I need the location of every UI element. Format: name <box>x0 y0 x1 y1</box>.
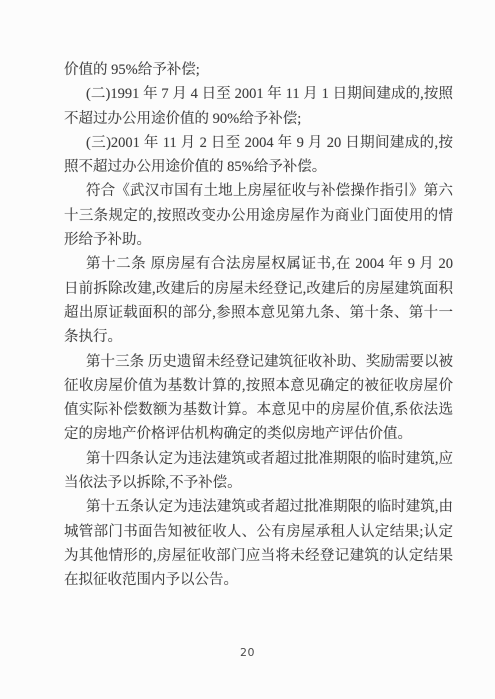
paragraph: 第十四条认定为违法建筑或者超过批准期限的临时建筑,应当依法予以拆除,不予补偿。 <box>64 447 453 496</box>
document-page: 价值的 95%给予补偿;(二)1991 年 7 月 4 日至 2001 年 11… <box>0 0 495 699</box>
paragraph: 符合《武汉市国有土地上房屋征收与补偿操作指引》第六十三条规定的,按照改变办公用途… <box>64 179 453 252</box>
paragraph: (三)2001 年 11 月 2 日至 2004 年 9 月 20 日期间建成的… <box>64 131 453 180</box>
paragraph: 价值的 95%给予补偿; <box>64 58 453 82</box>
page-number: 20 <box>0 646 495 659</box>
paragraph: (二)1991 年 7 月 4 日至 2001 年 11 月 1 日期间建成的,… <box>64 82 453 131</box>
paragraph: 第十三条 历史遗留未经登记建筑征收补助、奖励需要以被征收房屋价值为基数计算的,按… <box>64 350 453 447</box>
paragraph: 第十五条认定为违法建筑或者超过批准期限的临时建筑,由城管部门书面告知被征收人、公… <box>64 495 453 592</box>
text-block: 价值的 95%给予补偿;(二)1991 年 7 月 4 日至 2001 年 11… <box>64 58 453 593</box>
paragraph: 第十二条 原房屋有合法房屋权属证书,在 2004 年 9 月 20 日前拆除改建… <box>64 252 453 349</box>
